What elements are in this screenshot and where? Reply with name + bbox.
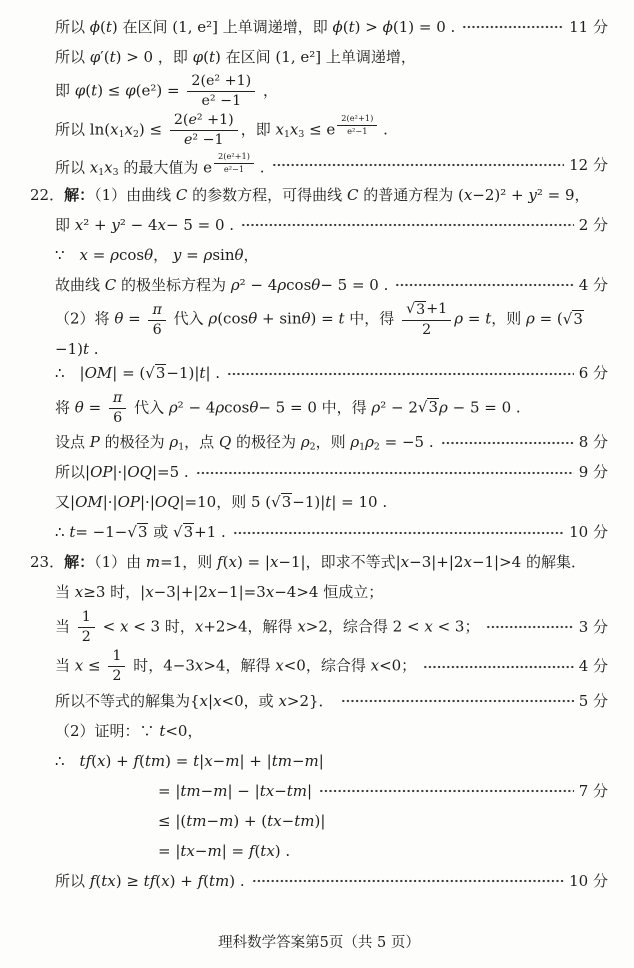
sqrt-radical: √3: [145, 364, 166, 383]
solution-line: 即 φ(t) ≤ φ(e²) = 2(e² +1)e² −1 ，: [30, 72, 608, 111]
line-text: ∴ t= −1−√3 或 √3+1 .: [55, 523, 226, 542]
fraction: √3+12: [402, 301, 451, 338]
line-text: 当 x≥3 时，|x−3|+|2x−1|=3x−4>4 恒成立；: [55, 583, 383, 602]
sqrt-radical: √3: [271, 493, 292, 512]
fraction: π6: [109, 390, 126, 427]
solution-line: 所以|OP|·|OQ|=5 .9 分: [30, 458, 608, 488]
line-text: 所以 f(tx) ≥ tf(x) + f(tm) .: [55, 872, 245, 891]
line-text: 所以 x1x3 的最大值为 e2(e²+1)e²−1 .: [55, 152, 265, 178]
score-label: 7 分: [579, 782, 608, 801]
solution-line: = |tm−m| − |tx−tm|7 分: [30, 776, 608, 806]
fraction: 12: [78, 609, 95, 646]
solution-line: 所以 φ′(t) > 0 ，即 φ(t) 在区间 (1, e²] 上单调递增，: [30, 42, 608, 72]
solution-line: （2）将 θ = π6 代入 ρ(cosθ + sinθ) = t 中，得 √3…: [30, 300, 608, 358]
score-label: 10 分: [569, 523, 608, 542]
solution-line: 22．解：（1）由曲线 C 的参数方程，可得曲线 C 的普通方程为 (x−2)²…: [30, 180, 608, 210]
score-label: 9 分: [579, 463, 608, 482]
dotted-leader: [233, 531, 564, 535]
line-text: 设点 P 的极径为 ρ1，点 Q 的极径为 ρ2，则 ρ1ρ2 = −5 .: [55, 433, 434, 453]
solution-line: ∴ |OM| = (√3−1)|t| .6 分: [30, 359, 608, 389]
exponent: 2(e²+1)e²−1: [336, 114, 378, 136]
solution-line: 当 x ≤ 12 时，4−3x>4，解得 x<0，综合得 x<0；4 分: [30, 647, 608, 686]
solution-line: 将 θ = π6 代入 ρ² − 4ρcosθ− 5 = 0 中，得 ρ² − …: [30, 389, 608, 428]
dotted-leader: [486, 625, 573, 629]
line-text: 故曲线 C 的极坐标方程为 ρ² − 4ρcosθ− 5 = 0 .: [55, 276, 388, 295]
dotted-leader: [227, 372, 574, 376]
dotted-leader: [441, 441, 574, 445]
line-text: 即 φ(t) ≤ φ(e²) = 2(e² +1)e² −1 ，: [55, 72, 278, 111]
solution-line: 设点 P 的极径为 ρ1，点 Q 的极径为 ρ2，则 ρ1ρ2 = −5 .8 …: [30, 428, 608, 458]
line-text: 又|OM|·|OP|·|OQ|=10，则 5 (√3−1)|t| = 10 .: [55, 493, 387, 512]
solution-line: 又|OM|·|OP|·|OQ|=10，则 5 (√3−1)|t| = 10 .: [30, 488, 608, 518]
solution-line: 当 12 < x < 3 时，x+2>4，解得 x>2，综合得 2 < x < …: [30, 608, 608, 647]
dotted-leader: [319, 789, 574, 793]
answer-page: 所以 ϕ(t) 在区间 (1, e²] 上单调递增，即 ϕ(t) > ϕ(1) …: [0, 0, 634, 968]
line-text: 当 12 < x < 3 时，x+2>4，解得 x>2，综合得 2 < x < …: [55, 608, 479, 647]
line-text: ∴ |OM| = (√3−1)|t| .: [55, 364, 220, 383]
fraction: 2(e² +1)e² −1: [187, 73, 255, 110]
solution-line: 所以不等式的解集为{x|x<0，或 x>2}．5 分: [30, 686, 608, 716]
line-text: = |tm−m| − |tx−tm|: [158, 782, 312, 801]
fraction: π6: [148, 302, 165, 339]
dotted-leader: [241, 223, 574, 227]
score-label: 12 分: [569, 156, 608, 175]
score-label: 6 分: [579, 364, 608, 383]
fraction: 2(e² +1)e² −1: [170, 112, 238, 149]
solution-line: 所以 f(tx) ≥ tf(x) + f(tm) .10 分: [30, 866, 608, 896]
solution-line: ∴ tf(x) + f(tm) = t|x−m| + |tm−m|: [30, 746, 608, 776]
line-text: （2）将 θ = π6 代入 ρ(cosθ + sinθ) = t 中，得 √3…: [55, 300, 608, 358]
line-text: 所以 ϕ(t) 在区间 (1, e²] 上单调递增，即 ϕ(t) > ϕ(1) …: [55, 18, 455, 37]
sqrt-radical: √3: [406, 301, 426, 318]
line-text: ∴ tf(x) + f(tm) = t|x−m| + |tm−m|: [55, 752, 324, 771]
exponent: 2(e²+1)e²−1: [213, 152, 255, 174]
dotted-leader: [462, 25, 564, 29]
line-text: 所以不等式的解集为{x|x<0，或 x>2}．: [55, 692, 334, 711]
line-text: ∵ x = ρcosθ， y = ρsinθ，: [55, 246, 259, 265]
dotted-leader: [196, 471, 574, 475]
line-text: 即 x² + y² − 4x− 5 = 0 .: [55, 216, 234, 235]
solution-line: 23．解：（1）由 m=1，则 f(x) = |x−1|，即求不等式|x−3|+…: [30, 548, 608, 578]
fraction: 2(e²+1)e²−1: [337, 114, 377, 136]
solution-line: ≤ |(tm−m) + (tx−tm)|: [30, 806, 608, 836]
line-text: 当 x ≤ 12 时，4−3x>4，解得 x<0，综合得 x<0；: [55, 647, 416, 686]
solution-line: = |tx−m| = f(tx) .: [30, 836, 608, 866]
score-label: 10 分: [569, 872, 608, 891]
solution-lines: 所以 ϕ(t) 在区间 (1, e²] 上单调递增，即 ϕ(t) > ϕ(1) …: [30, 12, 608, 896]
page-footer: 理科数学答案第5页（共 5 页）: [30, 917, 608, 962]
score-label: 5 分: [579, 692, 608, 711]
solution-line: ∴ t= −1−√3 或 √3+1 .10 分: [30, 518, 608, 548]
score-label: 4 分: [579, 657, 608, 676]
solution-line: 所以 ϕ(t) 在区间 (1, e²] 上单调递增，即 ϕ(t) > ϕ(1) …: [30, 12, 608, 42]
fraction: 2(e²+1)e²−1: [214, 152, 254, 174]
sqrt-radical: √3: [563, 310, 584, 329]
score-label: 4 分: [579, 276, 608, 295]
line-text: = |tx−m| = f(tx) .: [158, 842, 290, 861]
sqrt-radical: √3: [127, 523, 148, 542]
dotted-leader: [341, 699, 574, 703]
score-label: 8 分: [579, 433, 608, 452]
solution-line: ∵ x = ρcosθ， y = ρsinθ，: [30, 240, 608, 270]
dotted-leader: [395, 283, 573, 287]
solution-line: 即 x² + y² − 4x− 5 = 0 .2 分: [30, 210, 608, 240]
solution-line: 当 x≥3 时，|x−3|+|2x−1|=3x−4>4 恒成立；: [30, 578, 608, 608]
dotted-leader: [252, 879, 565, 883]
score-label: 11 分: [569, 18, 608, 37]
line-text: 所以|OP|·|OQ|=5 .: [55, 463, 189, 482]
dotted-leader: [423, 665, 574, 669]
sqrt-radical: √3: [418, 398, 439, 417]
line-text: 将 θ = π6 代入 ρ² − 4ρcosθ− 5 = 0 中，得 ρ² − …: [55, 389, 521, 428]
dotted-leader: [272, 163, 565, 167]
solution-line: 所以 x1x3 的最大值为 e2(e²+1)e²−1 .12 分: [30, 150, 608, 180]
solution-line: 故曲线 C 的极坐标方程为 ρ² − 4ρcosθ− 5 = 0 .4 分: [30, 270, 608, 300]
line-text: （2）证明：∵ t<0，: [55, 722, 202, 741]
score-label: 2 分: [579, 216, 608, 235]
score-label: 3 分: [579, 618, 608, 637]
line-text: ≤ |(tm−m) + (tx−tm)|: [158, 812, 325, 831]
solution-line: 所以 ln(x1x2) ≤ 2(e² +1)e² −1，即 x1x3 ≤ e2(…: [30, 111, 608, 150]
line-text: 22．解：（1）由曲线 C 的参数方程，可得曲线 C 的普通方程为 (x−2)²…: [30, 186, 590, 205]
sqrt-radical: √3: [173, 523, 194, 542]
line-text: 23．解：（1）由 m=1，则 f(x) = |x−1|，即求不等式|x−3|+…: [30, 553, 586, 572]
fraction: 12: [108, 648, 125, 685]
line-text: 所以 φ′(t) > 0 ，即 φ(t) 在区间 (1, e²] 上单调递增，: [55, 48, 416, 67]
solution-line: （2）证明：∵ t<0，: [30, 716, 608, 746]
line-text: 所以 ln(x1x2) ≤ 2(e² +1)e² −1，即 x1x3 ≤ e2(…: [55, 111, 388, 150]
